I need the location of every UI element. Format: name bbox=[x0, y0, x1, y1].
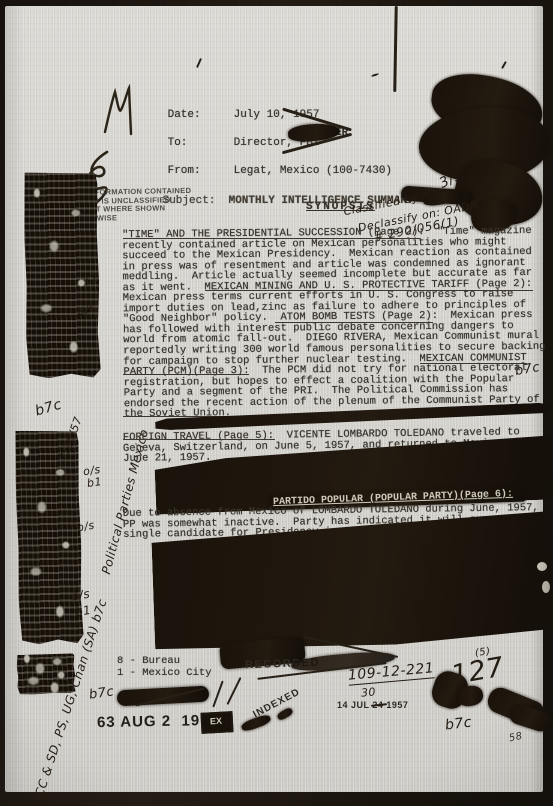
to-label: To: bbox=[168, 137, 234, 149]
margin-b7c: b7c bbox=[33, 397, 63, 420]
redaction-mark bbox=[507, 702, 553, 734]
heading-underline bbox=[123, 238, 420, 239]
ex-label: EX bbox=[210, 716, 223, 727]
distribution-list: 8 - Bureau 1 - Mexico City bbox=[117, 656, 212, 679]
date-label: Date: bbox=[168, 109, 234, 121]
light-splotch bbox=[542, 581, 550, 593]
b7c-annotation-left-bottom: b7c bbox=[88, 684, 115, 702]
from-value: Legat, Mexico (100-7430) bbox=[234, 165, 392, 177]
ink-speck bbox=[196, 58, 202, 68]
heading-underline bbox=[123, 374, 249, 375]
ink-speck bbox=[501, 61, 507, 69]
margin-b1: b1 bbox=[86, 475, 103, 490]
heading-underline bbox=[205, 290, 533, 291]
light-splotch bbox=[537, 562, 547, 571]
heading-underline bbox=[275, 322, 433, 323]
smudge-mark bbox=[276, 707, 294, 722]
ink-speck bbox=[371, 73, 379, 77]
document-photo: Date:July 10, 1957 To:Director, FBI From… bbox=[0, 0, 553, 806]
pen-stroke bbox=[227, 677, 242, 705]
heading-underline bbox=[123, 439, 275, 440]
from-label: From: bbox=[168, 165, 234, 177]
b7c-annotation-bottom: b7c bbox=[444, 714, 473, 733]
ex-box: EX bbox=[200, 711, 233, 734]
pen-vertical-line bbox=[393, 6, 398, 92]
document-paper: Date:July 10, 1957 To:Director, FBI From… bbox=[5, 6, 543, 792]
margin-os: o/s bbox=[70, 586, 91, 603]
document-content: Date:July 10, 1957 To:Director, FBI From… bbox=[5, 6, 543, 792]
thirty-annotation: 30 bbox=[360, 685, 376, 699]
fifty-eight-annotation: 58 bbox=[508, 731, 524, 745]
pen-stroke bbox=[212, 681, 223, 708]
margin-os: o/s bbox=[76, 519, 96, 535]
pen-scribble-m bbox=[101, 84, 145, 136]
heading-underline bbox=[420, 363, 527, 364]
margin-stamp-block-lower bbox=[14, 429, 84, 645]
